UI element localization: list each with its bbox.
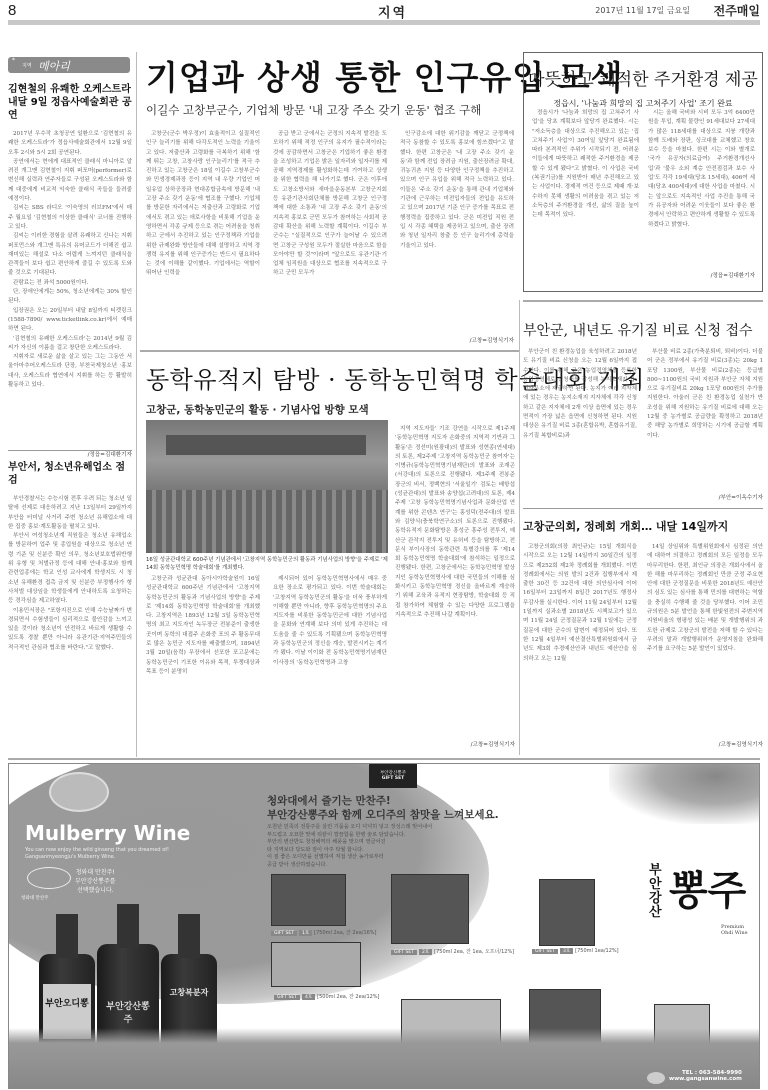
contact-info: TEL : 063-584-9990 www.gangsanwine.com [669,1070,742,1082]
council-col2: 14일 상임위와 특별위원회에서 심정된 의안에 대하여 의결하고 정례회의 모… [647,543,763,737]
gift-set-3-image [539,879,595,946]
main-subheadline: 이길수 고창부군수, 기업체 방문 '내 고장 주소 갖기 운동' 협조 구해 [146,102,481,118]
column-rule [519,300,520,755]
newspaper-name: 전주매일 [714,2,760,19]
stage-banner [166,435,366,455]
star-icon: * [12,57,15,64]
box-subheadline: 정읍시, '나눔과 희망의 집 고쳐주기 사업' 조기 완료 [524,98,762,109]
main-article-col3: 인구감소에 대한 위기감을 깨닫고 군정책에 적극 동참할 수 있도록 홍보에 … [400,130,514,335]
fertilizer-col2: 부산물 비료 2종(가축분퇴비, 퇴비)이다. 더불어 군은 정부에서 유기질 … [647,348,763,493]
article-title: 부안서, 청소년유해업소 점검 [8,461,132,487]
divider [523,508,763,509]
header-divider [8,20,760,25]
gift-set-3: GIFT SET3호[750ml 1ea/12%] [532,948,619,954]
main-article-col1: 고창군(군수 박우정)이 효율적이고 실질적인 인구 늘리기를 위해 다각도적인… [146,130,260,345]
byline: /고창=김영식기자 [400,336,514,344]
byline: /부안=이옥수기자 [647,493,763,501]
issue-date: 2017년 11월 17일 금요일 [595,5,690,16]
ad-korean-tagline: 청와대 만찬주! 부안강산뽕주를 선택했습니다. [75,868,116,895]
calligraphy-small: 부안강산 [649,864,663,920]
gift-set-4-image [271,942,361,987]
divider [140,350,520,352]
gift-set-badge: 부안강산뽕주 GIFT SET [369,764,417,788]
column-label: * 지역 메아리 [8,57,130,73]
fertilizer-col1: 부안군이 친 환경농업을 육성하려고 2018년도 유기질 비료 신청을 오는 … [523,348,637,510]
audience [146,490,388,553]
byline: /정읍=김대환기자 [8,450,132,458]
website-link[interactable]: www.gangsanwine.com [669,1076,742,1082]
article-youth-inspection: 부안서, 청소년유해업소 점검 부안경찰서는 수능시험 전후 우려 되는 청소년… [8,461,132,771]
ad-headline: 청와대에서 즐기는 만찬주! 부안강산뽕주와 함께 오디주의 참맛을 느껴보세요… [267,794,499,822]
article-title: 김현철의 유쾌한 오케스트라 내달 9일 정읍사예술회관 공연 [8,83,132,122]
ad-tagline: You can now enjoy the wild ginseng that … [25,847,169,861]
ad-product-title: Mulberry Wine [25,821,190,845]
page-number: 8 [8,2,16,19]
box-headline: 따뜻하고 쾌적한 주거환경 제공 [524,65,762,90]
byline: /정읍=김대환기자 [648,271,755,279]
ad-copy: 오천년 민족의 전통주를 살린 기품을 오디 넉넉히 넣고 정성스레 빚어내어 … [267,824,432,869]
fertilizer-headline: 부안군, 내년도 유기질 비료 신청 접수 [523,320,753,340]
article-body: 부안경찰서는 수능시험 전후 우려 되는 청소년 일탈에 선제로 대응하려고 지… [8,495,132,761]
donghak-col2: 제시되어 있어 동학농민혁명사에서 매우 중요한 장소로 평가되고 있다. 이번… [273,575,387,753]
gift-set-2-image [391,874,469,944]
council-headline: 고창군의회, 정례회 개회… 내달 14일까지 [523,518,728,534]
gift-set-1: GIFT SET1호[750ml 2ea, 잔 2ea/16%] [271,929,377,936]
column-rule [136,52,137,757]
gift-set-2: GIFT SET2호[750ml 2ea, 잔 1ea, 오프너/12%] [391,948,514,955]
byline: /고창=김영식기자 [395,740,515,748]
photo-caption: 16일 성균관대학교 600주년 기념관에서 '고창지역 동학농민군의 활동과 … [146,556,388,572]
boxed-article: 따뜻하고 쾌적한 주거환경 제공 정읍시, '나눔과 희망의 집 고쳐주기 사업… [523,52,763,292]
box-col1: 정읍시가 '나눔과 희망의 집 고쳐주기 사업'을 당초 계획보다 앞당겨 완료… [532,109,639,279]
gift-set-4: GIFT SET4호[500ml 2ea, 잔 2ea/12%] [274,993,380,1000]
mascot-icon [49,772,109,812]
article-body: 2017년 우수작 초청공연 일환으로 '김현철의 유쾌한 오케스트라'가 정읍… [8,130,132,448]
donghak-subheadline: 고창군, 동학농민군의 활동 · 기념사업 방향 모색 [146,402,369,417]
company-logo-icon [647,1072,665,1084]
gift-set-1-image [271,874,346,926]
divider [523,300,763,302]
conference-photo [146,420,388,553]
byline: /고창=김영식기자 [647,740,763,748]
article-orchestra: 김현철의 유쾌한 오케스트라 내달 9일 정읍사예술회관 공연 2017년 우수… [8,83,132,458]
main-article-col2: 공급 받고 군에서는 군정의 지속적 발전을 도모하기 위해 적정 인구의 유지… [273,130,387,345]
calligraphy-logo: 뽕주 [669,859,746,916]
donghak-col1: 고창군과 성균관대 동아시아학술원이 16일 성균관대학교 600주년 기념관에… [146,575,260,753]
page-header: 8 지역 2017년 11월 17일 금요일 전주매일 [8,2,760,18]
mulberry-photo [609,764,760,824]
blue-house-emblem-icon [27,867,71,889]
wine-advertisement: Mulberry Wine You can now enjoy the wild… [8,763,760,1089]
premium-label: Premium Ohdi Wine [721,924,748,936]
council-col1: 고창군의회(의장 최인규)는 15일 개회식을 시작으로 오는 12월 14일까… [523,543,637,737]
donghak-col3: 지역 지도자들' 기조 강연을 시작으로 제1주제 '동학농민혁명 지도자 손화… [395,425,515,739]
divider [8,450,132,451]
box-col2: 시는 올해 국비와 시비 모두 3억 6400만원을 투입, 계획 물량인 91… [648,109,755,269]
section-title: 지역 [378,2,407,21]
ad-divider [8,758,760,760]
